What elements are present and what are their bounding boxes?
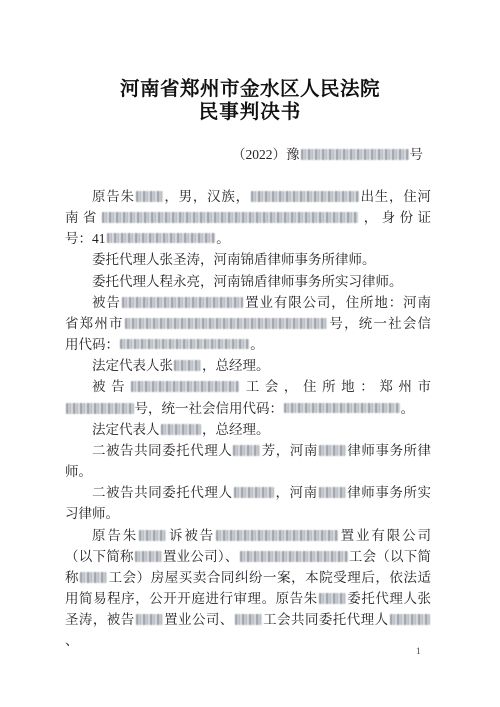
redacted-text: [125, 318, 328, 329]
text-run: 被告: [92, 379, 130, 394]
redacted-text: [107, 233, 216, 243]
redacted-text: [240, 551, 348, 562]
text-run: 。: [216, 231, 230, 246]
paragraph: 二被告共同委托代理人，河南律师事务所实习律师。: [65, 482, 431, 524]
text-run: ，河南: [275, 485, 318, 500]
redacted-text: [122, 297, 244, 308]
text-run: 委托代理人程永亮，河南锦盾律师事务所实习律师。: [92, 274, 403, 289]
redacted-text: [235, 614, 262, 625]
document-title-block: 河南省郑州市金水区人民法院 民事判决书: [0, 78, 500, 124]
redacted-text: [131, 381, 239, 392]
paragraph: 法定代表人张，总经理。: [65, 355, 431, 376]
redacted-text: [251, 191, 359, 202]
judgment-document-page: 河南省郑州市金水区人民法院 民事判决书 （2022）豫号 原告朱，男，汉族，出生…: [0, 0, 500, 707]
paragraph: 委托代理人程永亮，河南锦盾律师事务所实习律师。: [65, 271, 431, 292]
document-type-title: 民事判决书: [0, 101, 500, 124]
text-run: 工会共同委托代理人: [263, 612, 389, 627]
text-run: 被告: [92, 295, 121, 310]
paragraph: 法定代表人，总经理。: [65, 419, 431, 440]
text-run: 置业公司）、: [163, 549, 239, 564]
text-run: 。: [250, 337, 264, 352]
redacted-text: [136, 614, 163, 625]
redacted-text: [139, 530, 166, 541]
text-run: 。: [401, 401, 415, 416]
text-run: ，总经理。: [202, 358, 270, 373]
paragraph: 委托代理人张圣涛，河南锦盾律师事务所律师。: [65, 249, 431, 270]
case-number: （2022）豫号: [65, 146, 431, 164]
redacted-text: [319, 445, 346, 456]
redacted-text: [120, 339, 249, 349]
redacted-text: [174, 360, 201, 371]
text-run: 诉被告: [167, 528, 215, 543]
redacted-text: [390, 614, 431, 625]
text-run: （2022）豫: [232, 147, 300, 162]
redacted-text: [233, 445, 260, 456]
redacted-text: [135, 551, 162, 562]
document-body: 原告朱，男，汉族，出生，住河南省，身份证号：41。委托代理人张圣涛，河南锦盾律师…: [65, 186, 431, 651]
paragraph: 原告朱诉被告置业有限公司（以下简称置业公司）、工会（以下简称工会）房屋买卖合同纠…: [65, 525, 431, 652]
text-run: ，男，汉族，: [164, 189, 250, 204]
text-run: 法定代表人张: [92, 358, 173, 373]
paragraph: 被告工会，住所地：郑州市号，统一社会信用代码：。: [65, 376, 431, 418]
text-run: ，总经理。: [202, 422, 270, 437]
redacted-text: [216, 530, 338, 541]
redacted-text: [319, 593, 346, 604]
text-run: 芳，河南: [261, 443, 318, 458]
redacted-text: [66, 403, 134, 414]
text-run: 号，统一社会信用代码：: [135, 401, 284, 416]
redacted-text: [161, 424, 202, 435]
text-run: 法定代表人: [92, 422, 160, 437]
redacted-text: [284, 403, 400, 413]
redacted-text: [136, 191, 163, 202]
court-name: 河南省郑州市金水区人民法院: [0, 78, 500, 101]
paragraph: 原告朱，男，汉族，出生，住河南省，身份证号：41。: [65, 186, 431, 249]
paragraph: 二被告共同委托代理人芳，河南律师事务所律师。: [65, 440, 431, 482]
text-run: 号: [410, 147, 424, 162]
text-run: 、: [65, 633, 79, 648]
redacted-text: [80, 572, 107, 583]
redacted-text: [102, 212, 359, 223]
text-run: 置业公司、: [164, 612, 234, 627]
redacted-text: [301, 149, 409, 160]
text-run: 工会，住所地：郑州市: [240, 379, 431, 394]
text-run: 委托代理人张圣涛，河南锦盾律师事务所律师。: [92, 252, 376, 267]
redacted-text: [319, 487, 346, 498]
redacted-text: [234, 487, 275, 498]
text-run: 原告朱: [92, 528, 138, 543]
paragraph: 被告置业有限公司，住所地：河南省郑州市号，统一社会信用代码：。: [65, 292, 431, 355]
text-run: 二被告共同委托代理人: [92, 443, 232, 458]
page-number: 1: [416, 646, 421, 658]
text-run: 原告朱: [92, 189, 135, 204]
text-run: 二被告共同委托代理人: [92, 485, 233, 500]
